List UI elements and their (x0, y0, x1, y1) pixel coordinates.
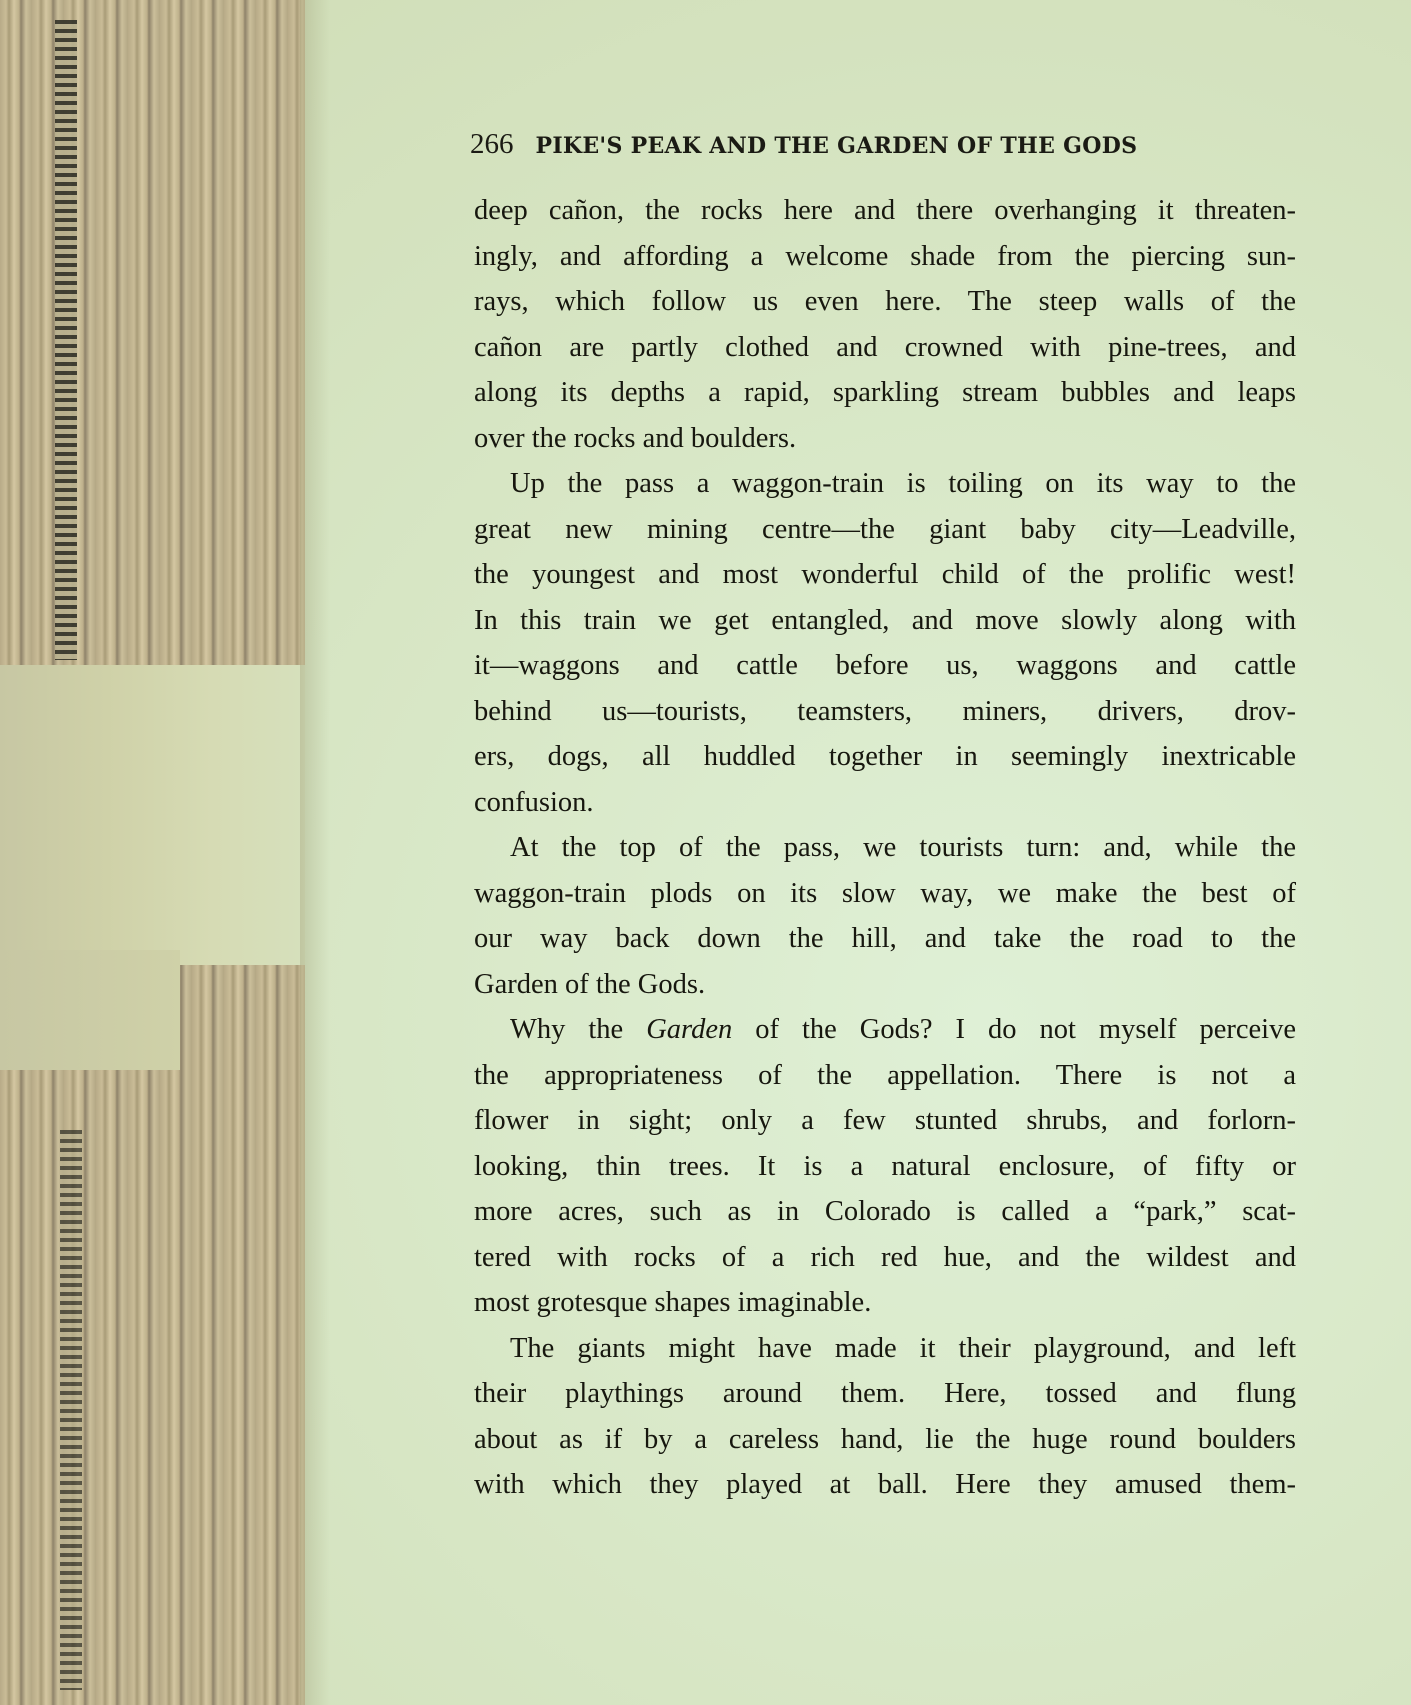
text-line: At the top of the pass, we tourists turn… (474, 825, 1296, 871)
text-line: more acres, such as in Colorado is calle… (474, 1189, 1296, 1235)
gutter-shadow (300, 0, 330, 1705)
paragraph: At the top of the pass, we tourists turn… (474, 825, 1296, 1007)
page-stack-edges (0, 0, 305, 1705)
page-number: 266 (470, 128, 514, 161)
text-line: ers, dogs, all huddled together in seemi… (474, 734, 1296, 780)
text-line: Garden of the Gods. (474, 962, 1296, 1008)
page-edge-shadow (60, 1130, 82, 1690)
text-line: In this train we get entangled, and move… (474, 598, 1296, 644)
body-text: deep cañon, the rocks here and there ove… (474, 188, 1296, 1508)
text-line: looking, thin trees. It is a natural enc… (474, 1144, 1296, 1190)
text-line: flower in sight; only a few stunted shru… (474, 1098, 1296, 1144)
text-line: waggon-train plods on its slow way, we m… (474, 871, 1296, 917)
text-line: deep cañon, the rocks here and there ove… (474, 188, 1296, 234)
book-page: 266 PIKE'S PEAK AND THE GARDEN OF THE GO… (0, 0, 1411, 1705)
paragraph: deep cañon, the rocks here and there ove… (474, 188, 1296, 461)
text-line: Why the Garden of the Gods? I do not mys… (474, 1007, 1296, 1053)
text-line: about as if by a careless hand, lie the … (474, 1417, 1296, 1463)
text-line: it—waggons and cattle before us, waggons… (474, 643, 1296, 689)
paragraph: The giants might have made it their play… (474, 1326, 1296, 1508)
paragraph: Why the Garden of the Gods? I do not mys… (474, 1007, 1296, 1326)
running-title: PIKE'S PEAK AND THE GARDEN OF THE GODS (536, 133, 1138, 159)
text-line: with which they played at ball. Here the… (474, 1462, 1296, 1508)
paragraph: Up the pass a waggon-train is toiling on… (474, 461, 1296, 825)
text-line: over the rocks and boulders. (474, 416, 1296, 462)
page-edge-fold (0, 950, 180, 1070)
text-line: behind us—tourists, teamsters, miners, d… (474, 689, 1296, 735)
text-line: Up the pass a waggon-train is toiling on… (474, 461, 1296, 507)
text-line: along its depths a rapid, sparkling stre… (474, 370, 1296, 416)
text-line: the youngest and most wonderful child of… (474, 552, 1296, 598)
page-edge-fold (0, 665, 305, 965)
text-line: The giants might have made it their play… (474, 1326, 1296, 1372)
text-line: tered with rocks of a rich red hue, and … (474, 1235, 1296, 1281)
running-head: 266 PIKE'S PEAK AND THE GARDEN OF THE GO… (470, 128, 1250, 161)
text-line: the appropriateness of the appellation. … (474, 1053, 1296, 1099)
text-line: our way back down the hill, and take the… (474, 916, 1296, 962)
text-run: Why the (510, 1014, 646, 1045)
text-line: confusion. (474, 780, 1296, 826)
text-line: their playthings around them. Here, toss… (474, 1371, 1296, 1417)
text-run: of the Gods? I do not myself perceive (732, 1014, 1296, 1045)
text-line: most grotesque shapes imaginable. (474, 1280, 1296, 1326)
text-line: ingly, and affording a welcome shade fro… (474, 234, 1296, 280)
italic-text: Garden (646, 1014, 732, 1045)
text-line: great new mining centre—the giant baby c… (474, 507, 1296, 553)
text-line: rays, which follow us even here. The ste… (474, 279, 1296, 325)
page-edge-shadow (55, 20, 77, 660)
text-line: cañon are partly clothed and crowned wit… (474, 325, 1296, 371)
